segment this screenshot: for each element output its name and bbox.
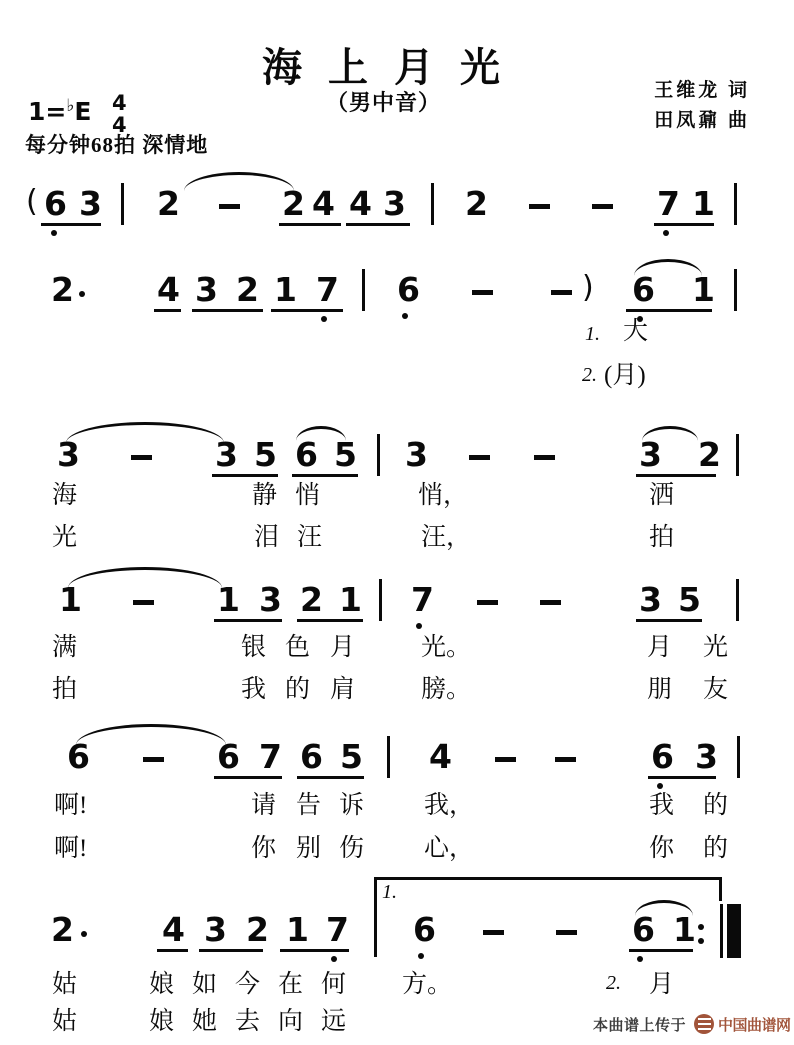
note-digit: 4 — [162, 913, 185, 946]
beam-underline — [279, 223, 341, 226]
dot — [698, 938, 704, 944]
barline — [734, 183, 737, 225]
dot — [79, 291, 85, 297]
parenthesis: ( — [26, 187, 38, 217]
beam-underline — [154, 309, 181, 312]
beam-underline — [297, 619, 363, 622]
dot — [698, 924, 704, 930]
note-digit: 6 — [413, 913, 436, 946]
note-digit: 4 — [349, 187, 372, 220]
lyric-text: 悄， — [418, 482, 468, 510]
beam-underline — [280, 949, 349, 952]
dot — [637, 956, 643, 962]
slur-arc — [68, 567, 222, 588]
lyric-text: 告 — [296, 792, 321, 820]
note-digit: 1 — [274, 273, 297, 306]
beam-underline — [41, 223, 101, 226]
lyric-text: 我 — [241, 676, 266, 704]
note-digit: 6 — [300, 740, 323, 773]
dot — [321, 316, 327, 322]
beam-underline — [636, 619, 702, 622]
lyric-text: 膀。 — [421, 676, 471, 704]
dot — [331, 956, 337, 962]
lyric-text: 如 — [192, 971, 217, 999]
lyric-text: 远 — [321, 1008, 346, 1036]
note-digit: 2 — [465, 187, 488, 220]
note-digit: 6 — [295, 438, 318, 471]
lyric-text: 光 — [52, 524, 77, 552]
note-digit: 6 — [44, 187, 67, 220]
barline — [736, 434, 739, 476]
lyric-text: 拍 — [649, 524, 674, 552]
lyric-text: 在 — [278, 971, 303, 999]
key-prefix: 1= — [28, 97, 66, 126]
lyric-text: 心， — [424, 835, 474, 863]
note-digit: 5 — [678, 583, 701, 616]
beam-underline — [346, 223, 410, 226]
lyric-text: 今 — [235, 971, 260, 999]
lyric-text: 你 — [251, 835, 276, 863]
lyric-text: 海 — [52, 482, 77, 510]
beam-underline — [271, 309, 343, 312]
note-digit: 6 — [217, 740, 240, 773]
note-digit: 2 — [51, 913, 74, 946]
meter-numerator: 4 — [112, 92, 127, 114]
note-digit: 3 — [195, 273, 218, 306]
note-digit: 4 — [157, 273, 180, 306]
key-tonic: E — [74, 97, 91, 126]
slur-arc — [296, 426, 346, 441]
lyric-text: 姑 — [52, 1008, 77, 1036]
lyric-text: 啊! — [54, 792, 87, 820]
lyric-text: 她 — [192, 1008, 217, 1036]
duration-dash — [483, 930, 504, 935]
music-site-logo-icon — [694, 1014, 714, 1034]
barline — [121, 183, 124, 225]
slur-arc — [184, 172, 294, 191]
barline — [387, 736, 390, 778]
note-digit: 3 — [383, 187, 406, 220]
lyric-text: 泪 — [254, 524, 279, 552]
slur-arc — [76, 724, 226, 745]
beam-underline — [214, 619, 282, 622]
duration-dash — [469, 455, 490, 460]
note-digit: 3 — [405, 438, 428, 471]
lyric-text: 我， — [424, 792, 474, 820]
sheet-music-page: 海 上 月 光 （男中音） 王维龙 词 田凤鼐 曲 1=♭E 4 4 每分钟68… — [0, 0, 794, 1045]
note-digit: 1 — [217, 583, 240, 616]
lyric-text: 满 — [52, 634, 77, 662]
note-digit: 7 — [657, 187, 680, 220]
beam-underline — [636, 474, 716, 477]
duration-dash — [551, 290, 572, 295]
note-digit: 3 — [215, 438, 238, 471]
song-title: 海 上 月 光 — [262, 36, 508, 93]
watermark: 本曲谱上传于 中国曲谱网 — [593, 1012, 791, 1036]
lyric-text: 光 — [703, 634, 728, 662]
composer-credit: 田凤鼐 曲 — [654, 106, 750, 136]
note-digit: 1 — [673, 913, 696, 946]
note-digit: 4 — [312, 187, 335, 220]
note-digit: 7 — [326, 913, 349, 946]
note-digit: 2 — [246, 913, 269, 946]
duration-dash — [495, 757, 516, 762]
lyric-text: 别 — [296, 835, 321, 863]
dot — [418, 953, 424, 959]
duration-dash — [472, 290, 493, 295]
lyric-text: 姑 — [52, 971, 77, 999]
note-digit: 2 — [236, 273, 259, 306]
verse-number: 1. — [585, 324, 600, 344]
barline — [736, 579, 739, 621]
beam-underline — [626, 309, 712, 312]
verse-number: 2. — [582, 365, 597, 385]
slur-arc — [642, 426, 698, 441]
duration-dash — [131, 455, 152, 460]
lyric-text: 娘 — [149, 1008, 174, 1036]
lyric-text: 月 — [330, 634, 355, 662]
duration-dash — [555, 757, 576, 762]
lyric-text: 娘 — [149, 971, 174, 999]
lyric-text: 的 — [703, 835, 728, 863]
lyric-text: 洒 — [649, 482, 674, 510]
lyric-text: 汪 — [297, 524, 322, 552]
note-digit: 5 — [254, 438, 277, 471]
volta-bracket-line — [374, 877, 722, 880]
lyric-text: 月 — [647, 634, 672, 662]
verse-number: 2. — [606, 973, 621, 993]
note-digit: 1 — [692, 273, 715, 306]
lyric-text: 悄 — [295, 482, 320, 510]
dot — [657, 783, 663, 789]
dot — [663, 230, 669, 236]
verse-number: 1. — [382, 882, 397, 902]
beam-underline — [192, 309, 263, 312]
lyricist-credit: 王维龙 词 — [654, 76, 750, 106]
lyric-text: 静 — [252, 482, 277, 510]
note-digit: 2 — [300, 583, 323, 616]
barline — [374, 877, 377, 957]
note-digit: 3 — [695, 740, 718, 773]
barline — [431, 183, 434, 225]
note-digit: 3 — [639, 438, 662, 471]
lyric-text: 肩 — [330, 676, 355, 704]
note-digit: 1 — [339, 583, 362, 616]
note-digit: 3 — [639, 583, 662, 616]
lyric-text: 向 — [278, 1008, 303, 1036]
lyric-text: (月) — [604, 362, 646, 390]
slur-arc — [635, 900, 693, 916]
beam-underline — [629, 949, 693, 952]
barline — [734, 269, 737, 311]
tempo-marking: 每分钟68拍 深情地 — [25, 129, 208, 159]
duration-dash — [540, 600, 561, 605]
lyric-text: 朋 — [647, 676, 672, 704]
voice-type-subtitle: （男中音） — [326, 86, 441, 117]
duration-dash — [556, 930, 577, 935]
beam-underline — [648, 776, 716, 779]
beam-underline — [297, 776, 364, 779]
beam-underline — [654, 223, 714, 226]
key-signature: 1=♭E — [28, 96, 91, 126]
beam-underline — [212, 474, 278, 477]
note-digit: 7 — [259, 740, 282, 773]
duration-dash — [477, 600, 498, 605]
lyric-text: 银 — [241, 634, 266, 662]
note-digit: 7 — [411, 583, 434, 616]
lyric-text: 何 — [321, 971, 346, 999]
note-digit: 2 — [157, 187, 180, 220]
duration-dash — [592, 204, 613, 209]
slur-arc — [634, 259, 702, 276]
note-digit: 3 — [79, 187, 102, 220]
note-digit: 3 — [259, 583, 282, 616]
note-digit: 5 — [334, 438, 357, 471]
duration-dash — [219, 204, 240, 209]
duration-dash — [133, 600, 154, 605]
beam-underline — [292, 474, 358, 477]
credits-block: 王维龙 词 田凤鼐 曲 — [654, 76, 750, 136]
note-digit: 6 — [651, 740, 674, 773]
beam-underline — [214, 776, 282, 779]
note-digit: 2 — [282, 187, 305, 220]
note-digit: 7 — [316, 273, 339, 306]
note-digit: 3 — [204, 913, 227, 946]
parenthesis: ) — [582, 273, 594, 303]
dot — [51, 230, 57, 236]
lyric-text: 的 — [703, 792, 728, 820]
lyric-text: 光。 — [421, 634, 471, 662]
lyric-text: 月 — [649, 971, 674, 999]
note-digit: 2 — [51, 273, 74, 306]
note-digit: 4 — [429, 740, 452, 773]
note-digit: 1 — [286, 913, 309, 946]
barline — [719, 877, 722, 901]
duration-dash — [143, 757, 164, 762]
barline — [362, 269, 365, 311]
dot — [81, 931, 87, 937]
beam-underline — [157, 949, 188, 952]
note-digit: 5 — [340, 740, 363, 773]
lyric-text: 大 — [623, 318, 648, 346]
lyric-text: 方。 — [402, 971, 452, 999]
barline — [737, 736, 740, 778]
duration-dash — [534, 455, 555, 460]
note-digit: 2 — [698, 438, 721, 471]
lyric-text: 你 — [649, 835, 674, 863]
barline — [720, 904, 723, 958]
note-digit: 6 — [632, 913, 655, 946]
lyric-text: 友 — [703, 676, 728, 704]
watermark-site-name: 中国曲谱网 — [718, 1014, 791, 1035]
beam-underline — [199, 949, 263, 952]
note-digit: 6 — [632, 273, 655, 306]
lyric-text: 啊! — [54, 835, 87, 863]
lyric-text: 我 — [649, 792, 674, 820]
slur-arc — [66, 422, 224, 443]
lyric-text: 伤 — [339, 835, 364, 863]
duration-dash — [529, 204, 550, 209]
final-thick-barline — [727, 904, 741, 958]
lyric-text: 汪， — [421, 524, 471, 552]
barline — [379, 579, 382, 621]
barline — [377, 434, 380, 476]
lyric-text: 诉 — [339, 792, 364, 820]
lyric-text: 拍 — [52, 676, 77, 704]
dot — [416, 623, 422, 629]
lyric-text: 去 — [235, 1008, 260, 1036]
lyric-text: 的 — [285, 676, 310, 704]
note-digit: 1 — [692, 187, 715, 220]
note-digit: 6 — [397, 273, 420, 306]
lyric-text: 请 — [251, 792, 276, 820]
watermark-prefix: 本曲谱上传于 — [593, 1014, 686, 1035]
lyric-text: 色 — [285, 634, 310, 662]
dot — [402, 313, 408, 319]
